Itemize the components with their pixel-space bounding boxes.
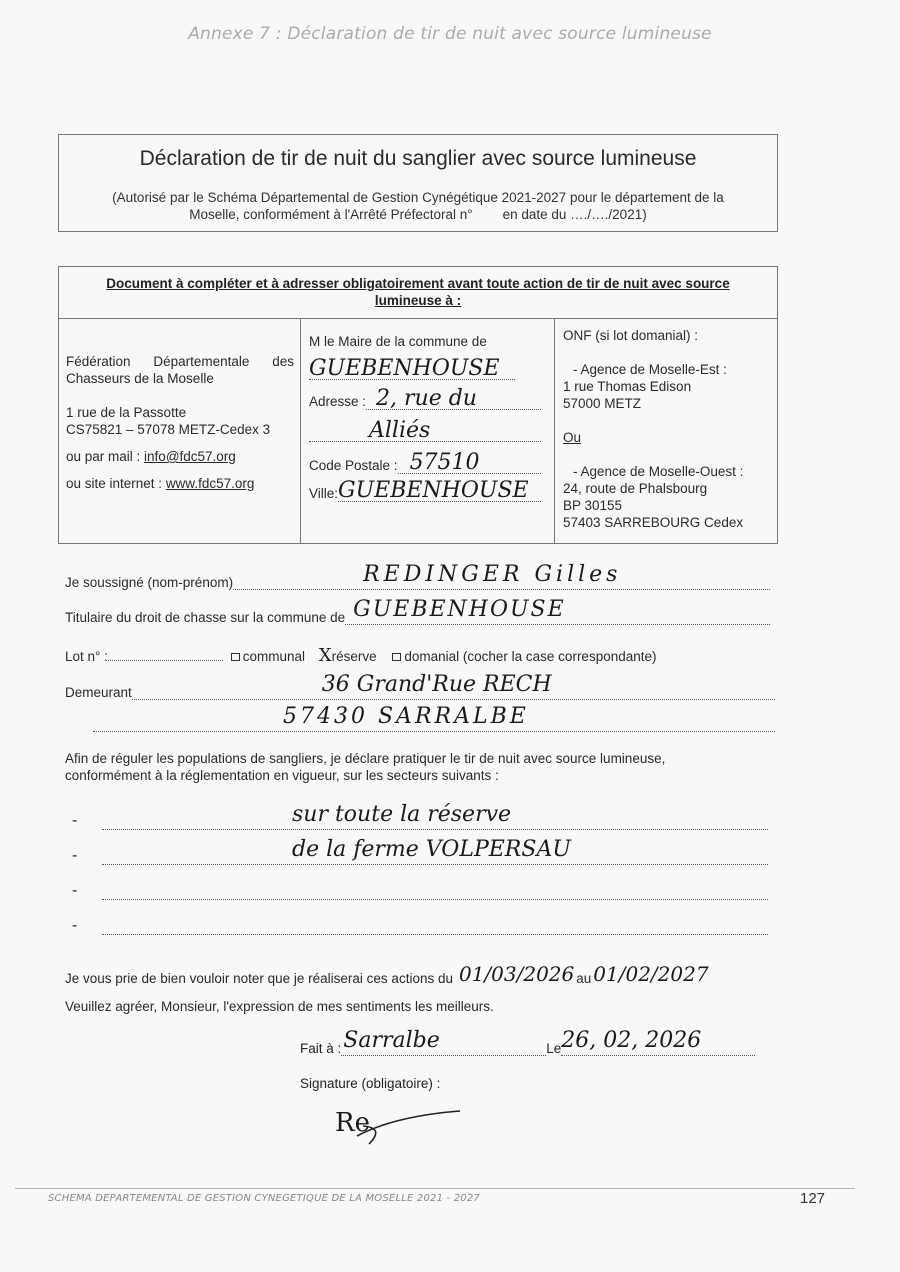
declaration-line-1: Afin de réguler les populations de sangl… bbox=[65, 750, 780, 767]
holder-value: GUEBENHOUSE bbox=[353, 597, 566, 622]
header-box: Déclaration de tir de nuit du sanglier a… bbox=[58, 134, 778, 232]
site-link[interactable]: www.fdc57.org bbox=[166, 476, 255, 491]
address-value-2: Alliés bbox=[369, 422, 430, 439]
address-label: Adresse : bbox=[309, 393, 366, 410]
date-value: 26, 02, 2026 bbox=[561, 1028, 701, 1053]
signature-area[interactable]: Re bbox=[335, 1108, 370, 1138]
onf-west-address-1: 24, route de Phalsbourg bbox=[563, 480, 773, 497]
option-domanial-label: domanial (cocher la case correspondante) bbox=[404, 649, 656, 664]
bullet: - bbox=[72, 917, 102, 935]
federation-column: Fédération Départementale des Chasseurs … bbox=[59, 319, 301, 543]
onf-west-address-2: BP 30155 bbox=[563, 497, 773, 514]
mayor-label: M le Maire de la commune de bbox=[309, 333, 548, 350]
subtitle-line-1: (Autorisé par le Schéma Départemental de… bbox=[69, 189, 767, 206]
bullet: - bbox=[72, 812, 102, 830]
option-communal-label: communal bbox=[243, 649, 305, 664]
lot-label: Lot n° : bbox=[65, 649, 108, 664]
residence-value-2: 57430 SARRALBE bbox=[283, 704, 529, 729]
checkbox-communal[interactable] bbox=[231, 653, 240, 661]
onf-or: Ou bbox=[563, 429, 773, 446]
document-subtitle: (Autorisé par le Schéma Départemental de… bbox=[69, 189, 767, 223]
federation-name-2: Chasseurs de la Moselle bbox=[66, 370, 294, 387]
period-label: Je vous prie de bien vouloir noter que j… bbox=[65, 971, 453, 986]
onf-east-address-1: 1 rue Thomas Edison bbox=[563, 378, 773, 395]
onf-west-address-3: 57403 SARREBOURG Cedex bbox=[563, 514, 773, 531]
option-reserve-label: réserve bbox=[332, 649, 377, 664]
place-label: Fait à : bbox=[300, 1041, 341, 1056]
period-from-value[interactable]: 01/03/2026 bbox=[459, 962, 574, 986]
option-reserve[interactable]: Xréserve bbox=[319, 649, 377, 664]
lot-field[interactable] bbox=[108, 660, 223, 661]
sectors-list: -sur toute la réserve -de la ferme VOLPE… bbox=[72, 812, 768, 935]
date-label: Le bbox=[546, 1041, 561, 1056]
mayor-column: M le Maire de la commune de GUEBENHOUSE … bbox=[301, 319, 555, 543]
subtitle-line-2: Moselle, conformément à l'Arrêté Préfect… bbox=[69, 206, 767, 223]
declaration-text: Afin de réguler les populations de sangl… bbox=[65, 750, 780, 784]
federation-address-1: 1 rue de la Passotte bbox=[66, 404, 294, 421]
residence-field[interactable]: Demeurant 36 Grand'Rue RECH bbox=[65, 678, 775, 700]
mail-link[interactable]: info@fdc57.org bbox=[144, 449, 236, 464]
onf-east-label: - Agence de Moselle-Est : bbox=[563, 361, 773, 378]
place-value: Sarralbe bbox=[343, 1028, 439, 1053]
place-date-row: Fait à : Sarralbe Le 26, 02, 2026 bbox=[300, 1032, 755, 1056]
site-label: ou site internet : bbox=[66, 476, 166, 491]
sector-line[interactable]: - bbox=[72, 882, 768, 900]
instruction-line-2: lumineuse à : bbox=[71, 292, 765, 309]
residence-label: Demeurant bbox=[65, 685, 132, 700]
checkbox-domanial[interactable] bbox=[392, 653, 401, 661]
closing-text: Veuillez agréer, Monsieur, l'expression … bbox=[65, 999, 770, 1014]
onf-east-address-2: 57000 METZ bbox=[563, 395, 773, 412]
sector-line[interactable]: - bbox=[72, 917, 768, 935]
sector-value: sur toute la réserve bbox=[292, 802, 511, 827]
place-field[interactable]: Sarralbe bbox=[341, 1041, 546, 1056]
declaration-line-2: conformément à la réglementation en vigu… bbox=[65, 767, 780, 784]
mail-label: ou par mail : bbox=[66, 449, 144, 464]
recipients-instruction: Document à compléter et à adresser oblig… bbox=[59, 267, 777, 319]
residence-value-1: 36 Grand'Rue RECH bbox=[322, 672, 552, 697]
check-mark-icon[interactable]: X bbox=[319, 645, 332, 666]
onf-column: ONF (si lot domanial) : - Agence de Mose… bbox=[555, 319, 777, 543]
mayor-commune-field[interactable]: GUEBENHOUSE bbox=[309, 350, 515, 380]
period-to-label: au bbox=[576, 971, 591, 986]
postal-label: Code Postale : bbox=[309, 457, 398, 474]
mayor-commune-value: GUEBENHOUSE bbox=[309, 360, 500, 377]
name-value: REDINGER Gilles bbox=[363, 562, 621, 587]
period-to-value[interactable]: 01/02/2027 bbox=[593, 962, 708, 986]
lot-row: Lot n° : communal Xréserve domanial (coc… bbox=[65, 645, 770, 666]
residence-field-2[interactable]: 57430 SARRALBE bbox=[93, 710, 775, 732]
postal-value: 57510 bbox=[410, 454, 480, 471]
city-label: Ville: bbox=[309, 485, 338, 502]
federation-mail-row: ou par mail : info@fdc57.org bbox=[66, 448, 294, 465]
bullet: - bbox=[72, 847, 102, 865]
sector-value: de la ferme VOLPERSAU bbox=[292, 837, 571, 862]
name-label: Je soussigné (nom-prénom) bbox=[65, 575, 233, 590]
signature-stroke-icon bbox=[355, 1106, 465, 1146]
option-domanial[interactable]: domanial (cocher la case correspondante) bbox=[388, 649, 656, 664]
mayor-address-field-2[interactable]: Alliés bbox=[309, 410, 541, 442]
address-value-1: 2, rue du bbox=[376, 390, 477, 407]
mayor-city-field[interactable]: Ville: GUEBENHOUSE bbox=[309, 474, 541, 502]
federation-site-row: ou site internet : www.fdc57.org bbox=[66, 475, 294, 492]
federation-name-1: Fédération Départementale des bbox=[66, 353, 294, 370]
federation-address-2: CS75821 – 57078 METZ-Cedex 3 bbox=[66, 421, 294, 438]
sector-line[interactable]: -sur toute la réserve bbox=[72, 812, 768, 830]
date-field[interactable]: 26, 02, 2026 bbox=[561, 1041, 755, 1056]
onf-label: ONF (si lot domanial) : bbox=[563, 327, 773, 344]
mayor-address-field[interactable]: Adresse : 2, rue du bbox=[309, 380, 541, 410]
period-row: Je vous prie de bien vouloir noter que j… bbox=[65, 962, 840, 986]
recipients-box: Document à compléter et à adresser oblig… bbox=[58, 266, 778, 544]
mayor-postal-field[interactable]: Code Postale : 57510 bbox=[309, 442, 541, 474]
bullet: - bbox=[72, 882, 102, 900]
annex-title: Annexe 7 : Déclaration de tir de nuit av… bbox=[0, 24, 900, 44]
signature-label: Signature (obligatoire) : bbox=[300, 1076, 440, 1091]
holder-label: Titulaire du droit de chasse sur la comm… bbox=[65, 610, 345, 625]
sector-line[interactable]: -de la ferme VOLPERSAU bbox=[72, 847, 768, 865]
name-field[interactable]: Je soussigné (nom-prénom) REDINGER Gille… bbox=[65, 568, 770, 590]
city-value: GUEBENHOUSE bbox=[338, 482, 529, 499]
footer-divider bbox=[15, 1188, 855, 1189]
option-communal[interactable]: communal bbox=[227, 649, 305, 664]
holder-field[interactable]: Titulaire du droit de chasse sur la comm… bbox=[65, 603, 770, 625]
onf-west-label: - Agence de Moselle-Ouest : bbox=[563, 463, 773, 480]
footer-text: SCHEMA DEPARTEMENTAL DE GESTION CYNEGETI… bbox=[48, 1193, 480, 1204]
document-title: Déclaration de tir de nuit du sanglier a… bbox=[59, 147, 777, 171]
instruction-line-1: Document à compléter et à adresser oblig… bbox=[71, 275, 765, 292]
page-number: 127 bbox=[800, 1190, 825, 1207]
